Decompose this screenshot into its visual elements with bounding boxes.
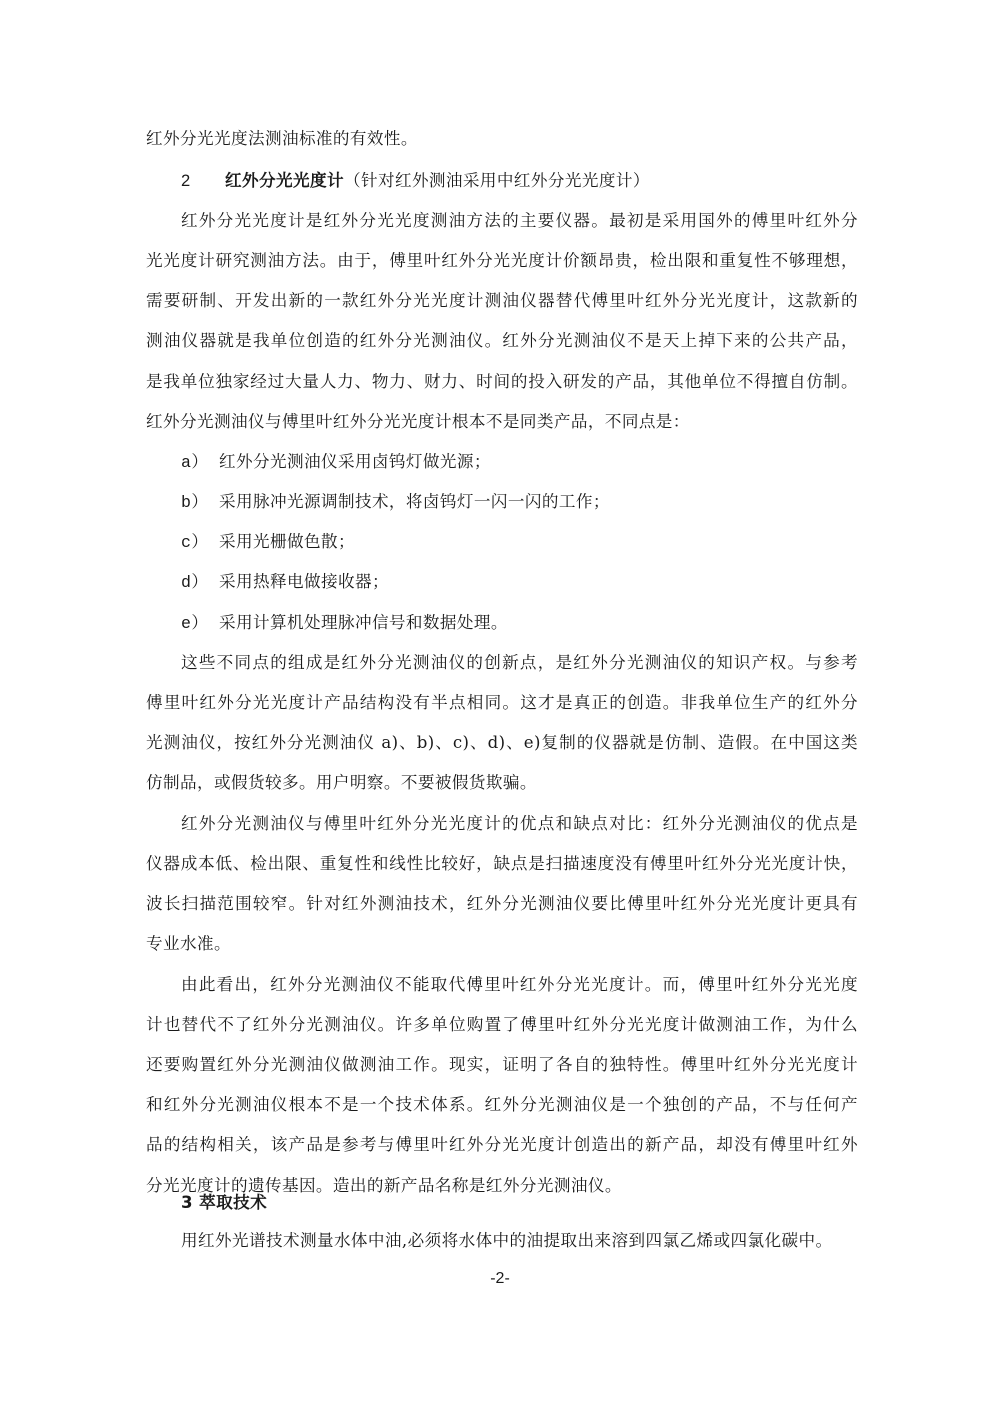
list-item-b: b）采用脉冲光源调制技术，将卤钨灯一闪一闪的工作； xyxy=(181,491,858,514)
list-text: 采用脉冲光源调制技术，将卤钨灯一闪一闪的工作； xyxy=(219,492,610,511)
section-2-heading: 2红外分光光度计（针对红外测油采用中红外分光光度计） xyxy=(181,170,858,192)
list-label: b） xyxy=(181,492,219,514)
paragraph-2-line: 仿制品，或假货较多。用户明察。不要被假货欺骗。 xyxy=(146,772,858,794)
list-item-c: c）采用光栅做色散； xyxy=(181,531,858,554)
paragraph-4-line: 还要购置红外分光测油仪做测油工作。现实，证明了各自的独特性。傅里叶红外分光光度计 xyxy=(146,1054,858,1076)
paragraph-3-line: 仪器成本低、检出限、重复性和线性比较好，缺点是扫描速度没有傅里叶红外分光光度计快… xyxy=(146,853,858,875)
paragraph-4-line: 由此看出，红外分光测油仪不能取代傅里叶红外分光光度计。而，傅里叶红外分光光度 xyxy=(181,974,858,996)
paragraph-1-line: 测油仪器就是我单位创造的红外分光测油仪。红外分光测油仪不是天上掉下来的公共产品， xyxy=(146,330,858,352)
list-item-a: a）红外分光测油仪采用卤钨灯做光源； xyxy=(181,451,858,474)
paragraph-3-line: 波长扫描范围较窄。针对红外测油技术，红外分光测油仪要比傅里叶红外分光光度计更具有 xyxy=(146,893,858,915)
paragraph-1-line: 红外分光测油仪与傅里叶红外分光光度计根本不是同类产品，不同点是： xyxy=(146,411,858,433)
paragraph-2-line: 傅里叶红外分光光度计产品结构没有半点相同。这才是真正的创造。非我单位生产的红外分 xyxy=(146,692,858,714)
list-item-d: d）采用热释电做接收器； xyxy=(181,571,858,594)
paragraph-2-line: 这些不同点的组成是红外分光测油仪的创新点，是红外分光测油仪的知识产权。与参考 xyxy=(181,652,858,674)
section-2-subtitle: （针对红外测油采用中红外分光光度计） xyxy=(344,171,650,190)
paragraph-4-line: 和红外分光测油仪根本不是一个技术体系。红外分光测油仪是一个独创的产品，不与任何产 xyxy=(146,1094,858,1116)
paragraph-4-line: 计也替代不了红外分光测油仪。许多单位购置了傅里叶红外分光光度计做测油工作，为什么 xyxy=(146,1014,858,1036)
list-label: e） xyxy=(181,613,219,635)
list-label: d） xyxy=(181,572,219,594)
paragraph-5-line: 用红外光谱技术测量水体中油,必须将水体中的油提取出来溶到四氯乙烯或四氯化碳中。 xyxy=(181,1230,858,1252)
section-3-title-row: 3 萃取技术 xyxy=(181,1192,858,1214)
section-3-title: 萃取技术 xyxy=(199,1193,267,1212)
paragraph-1-line: 红外分光光度计是红外分光光度测油方法的主要仪器。最初是采用国外的傅里叶红外分 xyxy=(181,210,858,232)
list-text: 采用计算机处理脉冲信号和数据处理。 xyxy=(219,613,508,632)
section-2-number: 2 xyxy=(181,170,225,192)
paragraph-1-line: 光光度计研究测油方法。由于，傅里叶红外分光光度计价额昂贵，检出限和重复性不够理想… xyxy=(146,250,858,272)
intro-line: 红外分光光度法测油标准的有效性。 xyxy=(146,128,858,150)
paragraph-1-line: 需要研制、开发出新的一款红外分光光度计测油仪器替代傅里叶红外分光光度计，这款新的 xyxy=(146,290,858,312)
paragraph-3-line: 红外分光测油仪与傅里叶红外分光光度计的优点和缺点对比：红外分光测油仪的优点是 xyxy=(181,813,858,835)
section-2-title: 红外分光光度计 xyxy=(225,171,344,190)
paragraph-2-line: 光测油仪，按红外分光测油仪 a)、b)、c)、d)、e)复制的仪器就是仿制、造假… xyxy=(146,732,858,754)
list-label: a） xyxy=(181,452,219,474)
list-text: 红外分光测油仪采用卤钨灯做光源； xyxy=(219,452,491,471)
paragraph-4-line: 品的结构相关，该产品是参考与傅里叶红外分光光度计创造出的新产品，却没有傅里叶红外 xyxy=(146,1134,858,1156)
list-text: 采用热释电做接收器； xyxy=(219,572,389,591)
list-text: 采用光栅做色散； xyxy=(219,532,355,551)
list-label: c） xyxy=(181,532,219,554)
paragraph-1-line: 是我单位独家经过大量人力、物力、财力、时间的投入研发的产品，其他单位不得擅自仿制… xyxy=(146,371,858,393)
list-item-e: e）采用计算机处理脉冲信号和数据处理。 xyxy=(181,612,858,635)
document-page: 红外分光光度法测油标准的有效性。 2红外分光光度计（针对红外测油采用中红外分光光… xyxy=(0,0,1000,1414)
paragraph-3-line: 专业水准。 xyxy=(146,933,858,955)
section-3-number: 3 xyxy=(181,1193,193,1212)
page-number: -2- xyxy=(0,1270,1000,1288)
